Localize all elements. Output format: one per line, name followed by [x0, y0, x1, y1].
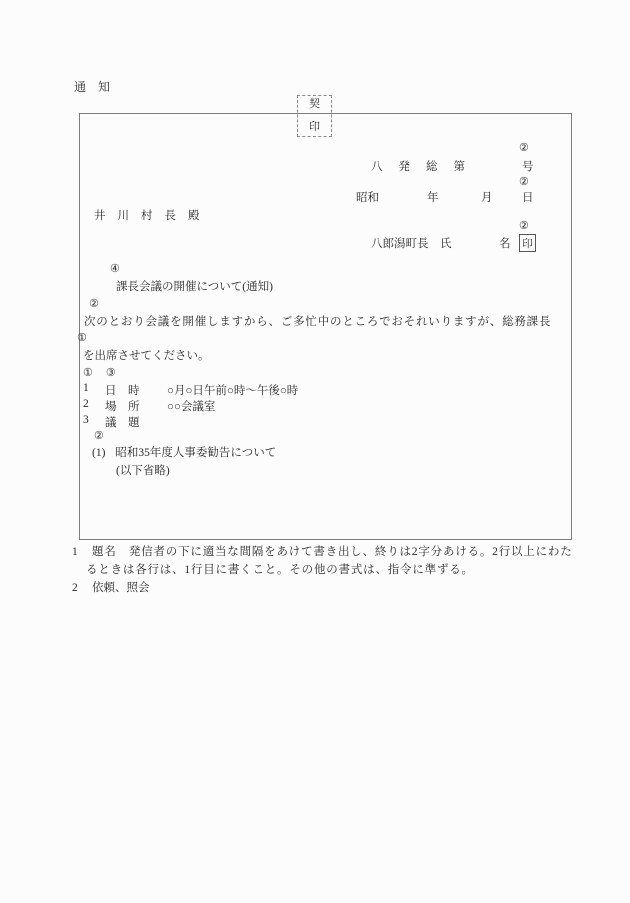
footnote-2-number: 2 — [72, 581, 78, 595]
item-label: 日 時 — [105, 382, 167, 398]
sender-title: 八郎潟町長 氏 — [371, 237, 452, 251]
footnote-1-text-line2: るときは各行は、1行目に書くこと。その他の書式は、指令に準ずる。 — [86, 563, 474, 577]
ref-number-prefix: 八発総第 — [371, 160, 481, 174]
document-page: 通知 契 印 ② 八発総第 号 ② 昭和 年 月 日 井川村長殿 ② 八郎潟町長… — [0, 0, 630, 903]
ref-number-unit: 号 — [522, 160, 534, 174]
sub-item-number: (1) — [92, 447, 105, 459]
sender-seal-box: 印 — [519, 234, 536, 252]
item-value: ○○会議室 — [167, 398, 215, 414]
circled-marker-ref: ② — [519, 142, 529, 156]
circled-marker-body1: ② — [89, 298, 99, 312]
item-value: ○月○日午前○時～午後○時 — [167, 382, 298, 398]
sender-seal-label: 印 — [522, 236, 533, 251]
date-day: 日 — [522, 191, 534, 205]
circled-marker-list-a: ① — [83, 367, 93, 379]
subject-line: 課長会議の開催について(通知) — [116, 280, 273, 294]
circled-marker-sender: ② — [519, 220, 529, 234]
list-item: 3 議 題 — [83, 414, 167, 430]
item-number: 3 — [83, 414, 105, 430]
sender-name-label: 名 — [499, 237, 511, 251]
binding-seal-bottom-label: 印 — [309, 120, 320, 135]
item-number: 1 — [83, 382, 105, 398]
doc-title: 通知 — [74, 80, 122, 95]
binding-seal-top-label: 契 — [309, 97, 320, 112]
list-item: 2 場 所 ○○会議室 — [83, 398, 215, 414]
footnote-2-text: 依頼、照会 — [92, 581, 150, 595]
footnote-1-number: 1 — [72, 545, 78, 559]
list-marker-line: ①③ — [83, 366, 116, 381]
item-label: 場 所 — [105, 398, 167, 414]
sub-item: (1)昭和35年度人事委勧告について — [92, 446, 276, 460]
circled-marker-date: ② — [519, 176, 529, 190]
footnote-1-text-line1: 題名 発信者の下に適当な間隔をあけて書き出し、終りは2字分あける。2行以上にわた — [92, 545, 573, 559]
sub-item-text: 昭和35年度人事委勧告について — [115, 447, 276, 459]
item-number: 2 — [83, 398, 105, 414]
list-item: 1 日 時 ○月○日午前○時～午後○時 — [83, 382, 298, 398]
circled-marker-subject: ④ — [110, 263, 120, 277]
binding-seal-box: 契 印 — [297, 95, 332, 137]
circled-marker-body2: ① — [77, 332, 87, 346]
circled-marker-subitem: ② — [94, 430, 104, 444]
date-month: 月 — [481, 191, 493, 205]
date-era: 昭和 — [356, 191, 379, 205]
date-year: 年 — [427, 191, 439, 205]
circled-marker-list-b: ③ — [106, 367, 116, 379]
omission-note: (以下省略) — [116, 464, 170, 478]
body-line-1: 次のとおり会議を開催しますから、ご多忙中のところでおそれいりますが、総務課長 — [84, 315, 551, 329]
item-label: 議 題 — [105, 414, 167, 430]
addressee: 井川村長殿 — [94, 209, 212, 223]
body-line-2: を出席させてください。 — [83, 349, 210, 363]
